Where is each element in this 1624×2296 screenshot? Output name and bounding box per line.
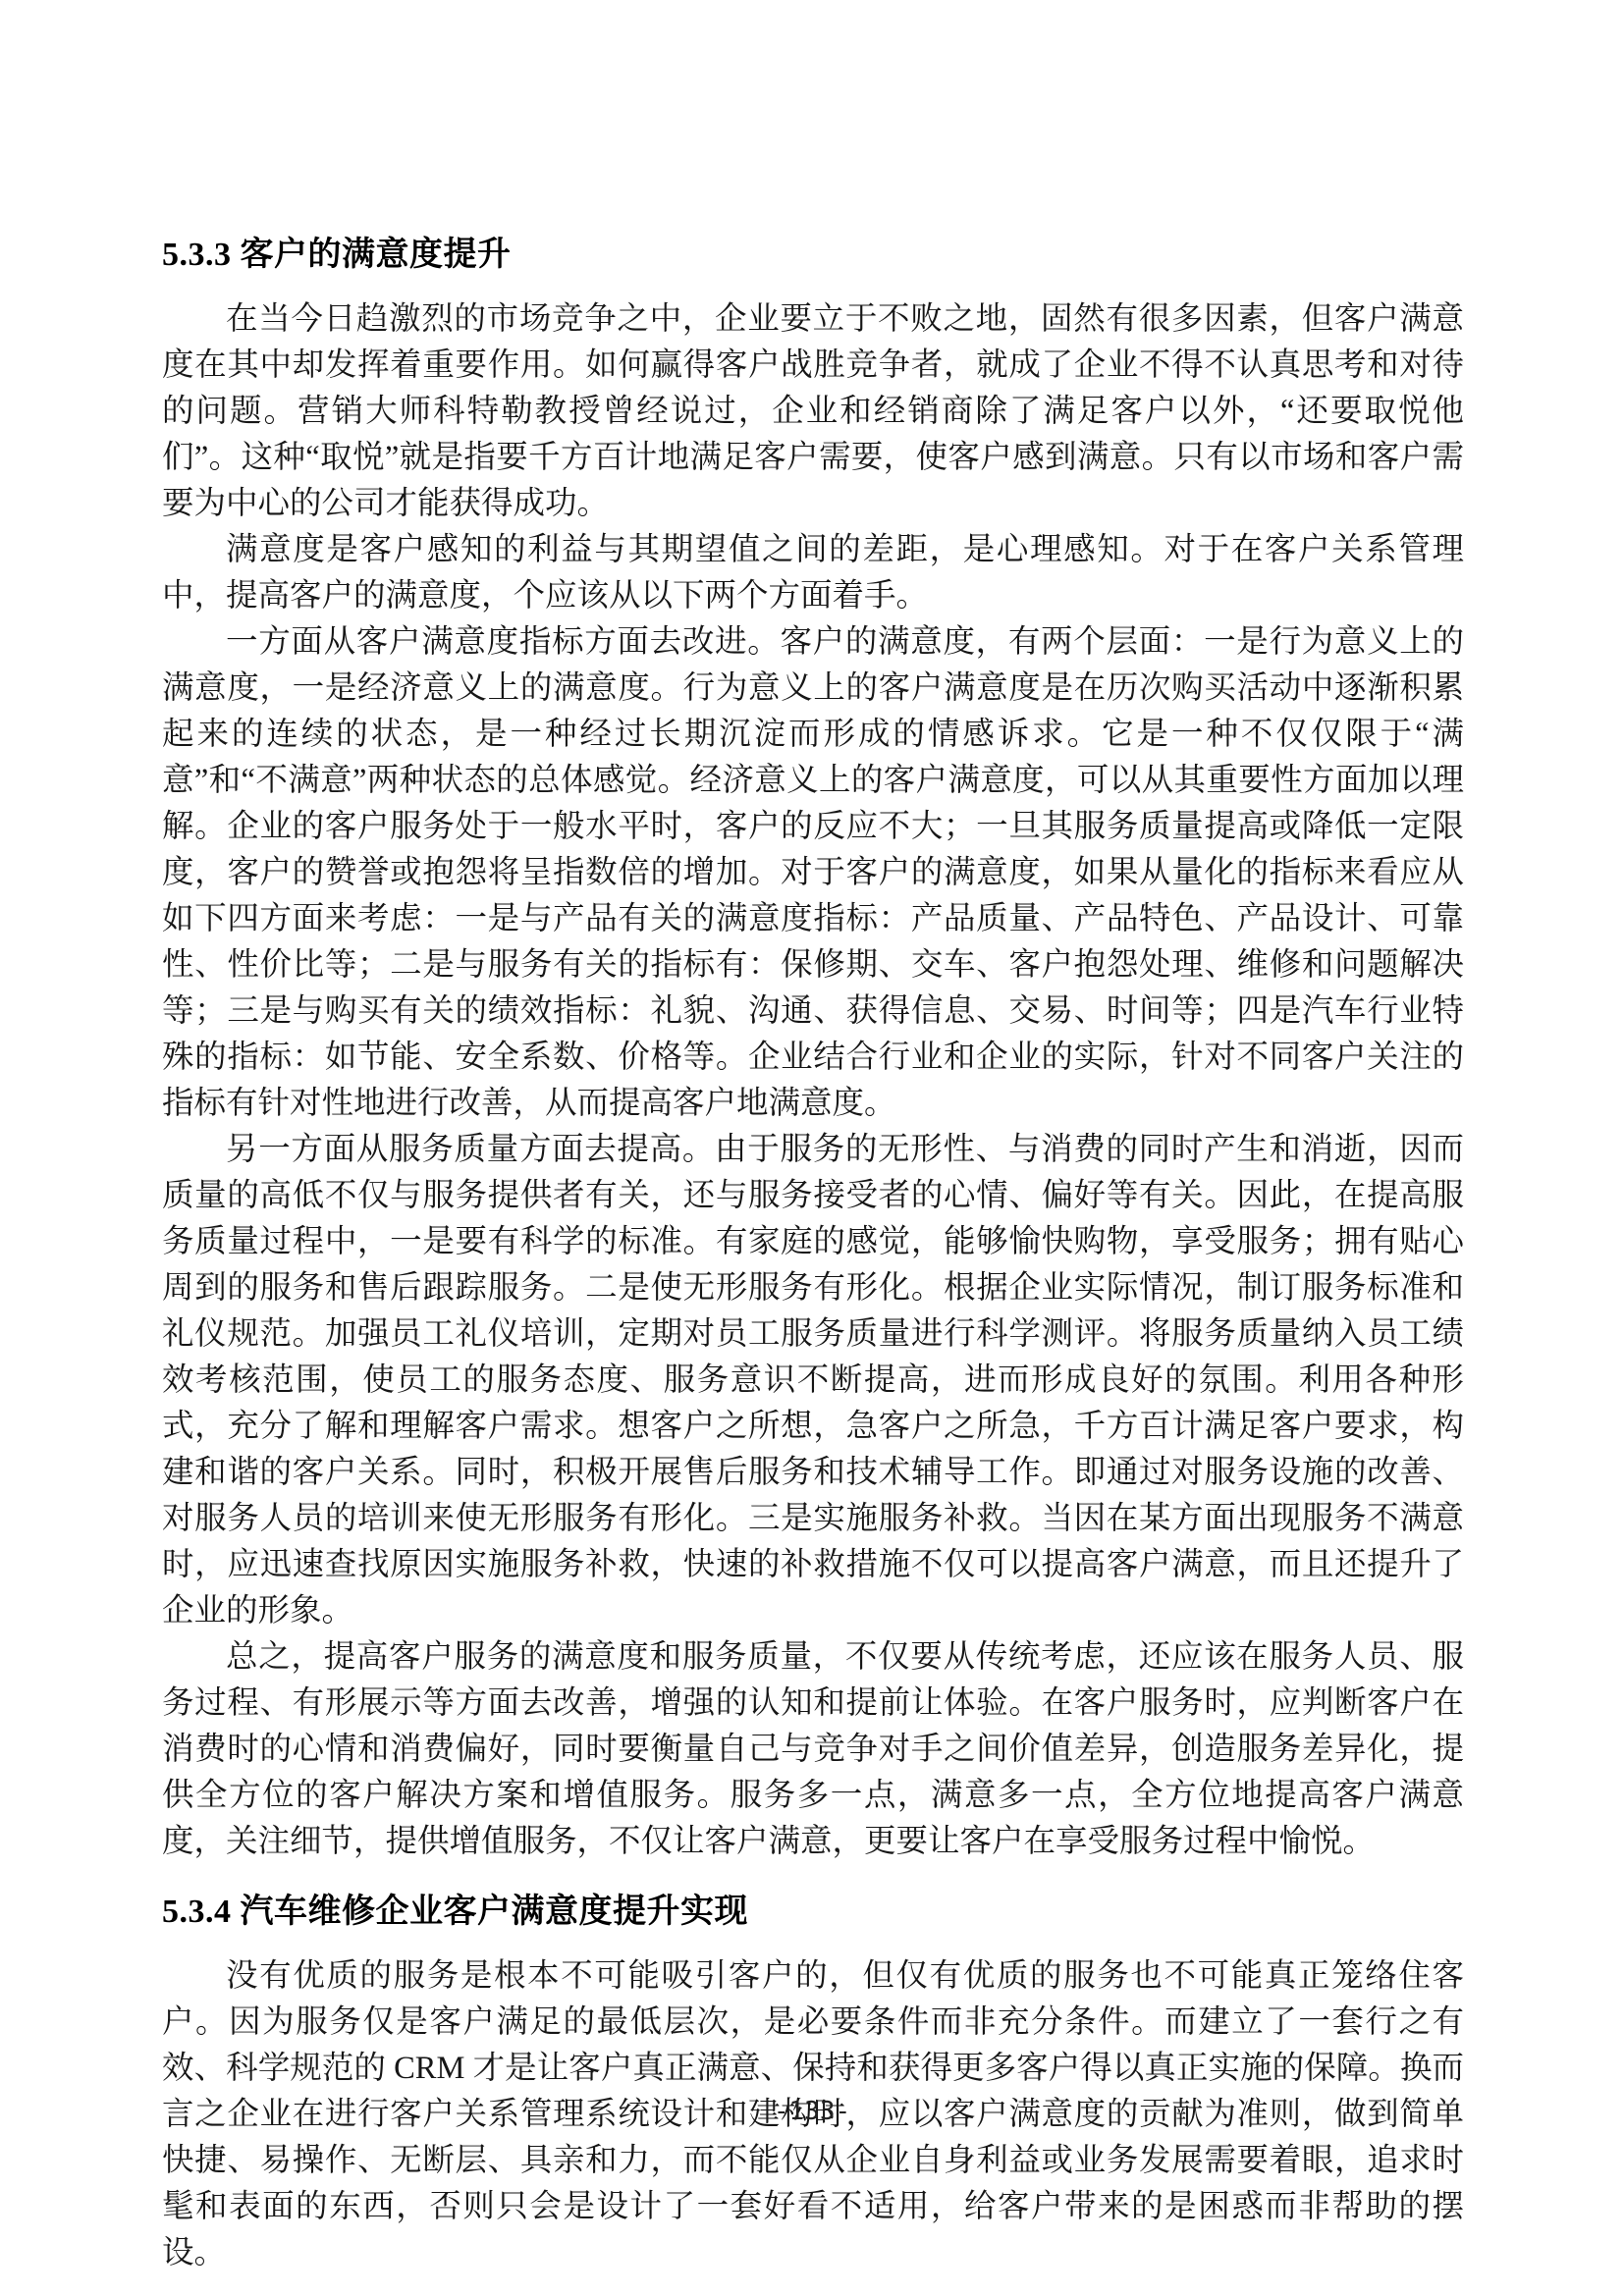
paragraph: 一方面从客户满意度指标方面去改进。客户的满意度，有两个层面：一是行为意义上的满意… xyxy=(162,619,1464,1127)
section-5-3-4: 5.3.4 汽车维修企业客户满意度提升实现 没有优质的服务是根本不可能吸引客户的… xyxy=(162,1891,1464,2276)
paragraph: 满意度是客户感知的利益与其期望值之间的差距，是心理感知。对于在客户关系管理中，提… xyxy=(162,527,1464,619)
section-heading: 5.3.3 客户的满意度提升 xyxy=(162,234,1464,277)
page-content: 5.3.3 客户的满意度提升 在当今日趋激烈的市场竞争之中，企业要立于不败之地，… xyxy=(162,234,1464,2276)
paragraph: 另一方面从服务质量方面去提高。由于服务的无形性、与消费的同时产生和消逝，因而质量… xyxy=(162,1127,1464,1634)
paragraph: 在当今日趋激烈的市场竞争之中，企业要立于不败之地，固然有很多因素，但客户满意度在… xyxy=(162,296,1464,527)
section-5-3-3: 5.3.3 客户的满意度提升 在当今日趋激烈的市场竞争之中，企业要立于不败之地，… xyxy=(162,234,1464,1865)
page-number: -133- xyxy=(0,2097,1624,2126)
section-heading: 5.3.4 汽车维修企业客户满意度提升实现 xyxy=(162,1891,1464,1934)
paragraph: 总之，提高客户服务的满意度和服务质量，不仅要从传统考虑，还应该在服务人员、服务过… xyxy=(162,1634,1464,1865)
document-page: 5.3.3 客户的满意度提升 在当今日趋激烈的市场竞争之中，企业要立于不败之地，… xyxy=(0,0,1624,2296)
